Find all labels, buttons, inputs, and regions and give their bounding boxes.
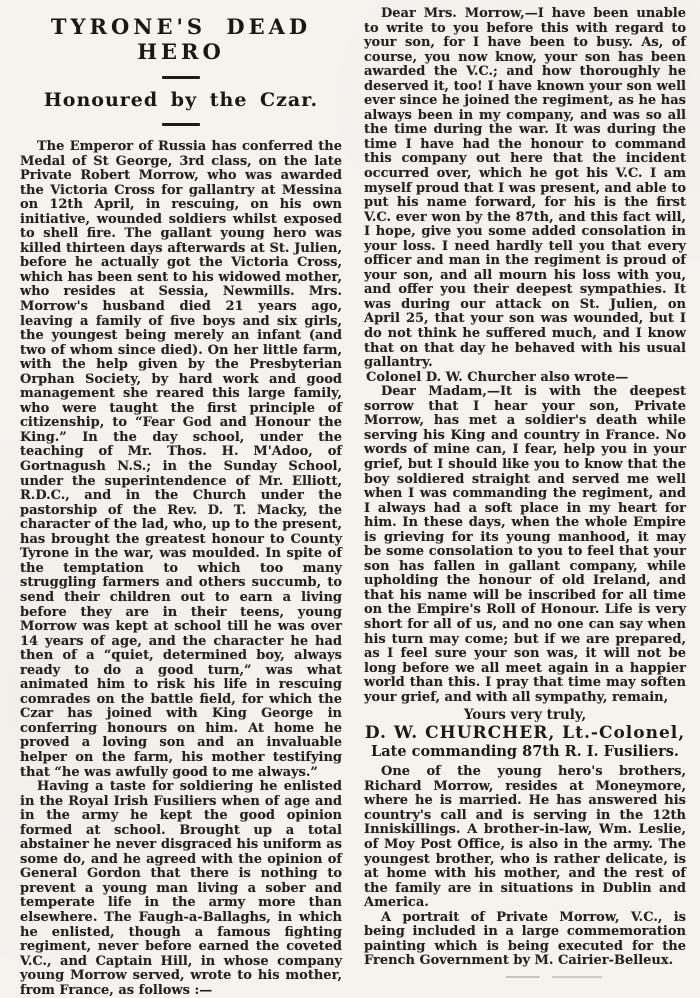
article-paragraph: Having a taste for soldiering he enliste…	[20, 780, 342, 998]
article-paragraph: One of the young hero's brothers, Richar…	[364, 765, 686, 910]
letter-signoff: Yours very truly,	[364, 707, 686, 723]
article-subheadline: Honoured by the Czar.	[20, 89, 342, 111]
letter-signature-title: Late commanding 87th R. I. Fusiliers.	[364, 743, 686, 761]
headline-divider	[162, 76, 200, 79]
letter-from-captain-hill: Dear Mrs. Morrow,—I have been unable to …	[364, 7, 686, 371]
subheadline-divider	[162, 123, 200, 126]
letter-signature: D. W. CHURCHER, Lt.-Colonel,	[364, 723, 686, 743]
article-headline: TYRONE'S DEAD HERO	[20, 10, 342, 64]
article-paragraph: A portrait of Private Morrow, V.C., is b…	[364, 911, 686, 969]
article-paragraph: The Emperor of Russia has conferred the …	[20, 140, 342, 780]
right-column: Dear Mrs. Morrow,—I have been unable to …	[364, 4, 686, 998]
churcher-letter-intro: Colonel D. W. Churcher also wrote—	[364, 371, 686, 386]
newspaper-page: TYRONE'S DEAD HERO Honoured by the Czar.…	[0, 0, 700, 998]
left-column: TYRONE'S DEAD HERO Honoured by the Czar.…	[20, 4, 342, 998]
article-end-divider	[506, 976, 602, 978]
letter-from-colonel-churcher: Dear Madam,—It is with the deepest sorro…	[364, 385, 686, 705]
article-columns: TYRONE'S DEAD HERO Honoured by the Czar.…	[0, 0, 700, 998]
